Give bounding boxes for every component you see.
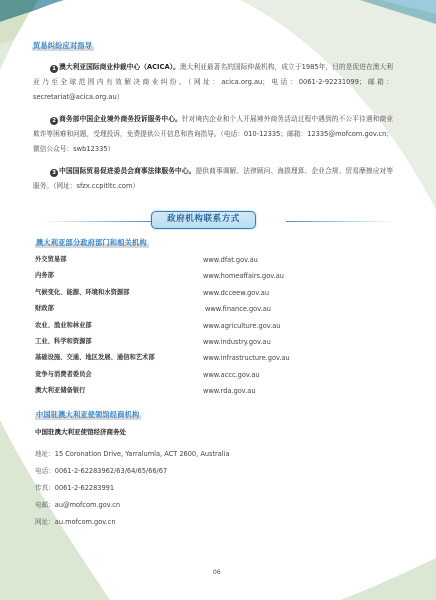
table-row: 工业、科学和资源部 www.industry.gov.au [35,336,395,352]
number-badge-icon: 2 [50,117,58,125]
document-page: 贸易纠纷应对指导 1澳大利亚国际商业仲裁中心（ACICA）。澳大利亚最著名的国际… [0,0,436,600]
trade-dispute-heading: 贸易纠纷应对指导 [32,41,94,51]
embassy-heading: 中国驻澳大利亚使领馆经商机构 [35,410,141,420]
agency-url[interactable]: www.dcceew.gov.au [203,287,269,299]
contact-address: 地址：15 Coronation Drive, Yarralumla, ACT … [35,448,230,458]
agency-name: 工业、科学和资源部 [35,336,92,348]
contact-label: 电话： [35,467,55,475]
agency-url[interactable]: www.rda.gov.au [203,385,256,397]
contact-label: 地址： [35,450,55,458]
item-lead: 澳大利亚国际商业仲裁中心（ACICA）。 [59,63,180,71]
item-lead: 商务部中国企业境外商务投诉服务中心。 [59,115,182,123]
trade-dispute-item-1: 1澳大利亚国际商业仲裁中心（ACICA）。澳大利亚最著名的国际仲裁机构，成立于1… [33,60,393,105]
table-row: 财政部 www.finance.gov.au [35,303,395,319]
section-title-badge: 政府机构联系方式 [151,211,256,229]
au-gov-heading: 澳大利亚部分政府部门和相关机构 [35,238,149,248]
table-row: 基础设施、交通、地区发展、通信和艺术部 www.infrastructure.g… [35,352,395,368]
agency-name: 气候变化、能源、环境和水资源部 [35,287,129,299]
contact-website: 网址：au.mofcom.gov.cn [35,516,116,526]
trade-dispute-item-3: 3中国国际贸易促进委员会商事法律服务中心。提供商事调解、法律顾问、海损理算、企业… [33,164,393,194]
number-badge-icon: 3 [50,169,58,177]
contact-label: 电邮： [35,501,55,509]
contact-fax: 传真：0061-2-62283991 [35,482,114,492]
contact-label: 网址： [35,518,55,526]
agency-url[interactable]: www.accc.gov.au [203,369,260,381]
table-row: 竞争与消费者委员会 www.accc.gov.au [35,369,395,385]
trade-dispute-item-2: 2商务部中国企业境外商务投诉服务中心。针对境内企业和个人开展境外商务活动过程中遇… [33,112,393,157]
agency-url[interactable]: www.homeaffairs.gov.au [203,270,284,282]
divider-line-left [40,221,152,222]
table-row: 内务部 www.homeaffairs.gov.au [35,270,395,286]
page-number: 06 [213,569,221,576]
agency-name: 财政部 [35,303,54,315]
item-lead: 中国国际贸易促进委员会商事法律服务中心。 [59,167,195,175]
contact-value: 0061-2-62283991 [55,484,114,492]
agency-name: 竞争与消费者委员会 [35,369,92,381]
contact-value[interactable]: au@mofcom.gov.cn [55,501,120,509]
contact-value[interactable]: au.mofcom.gov.cn [55,518,116,526]
agency-url[interactable]: www.finance.gov.au [205,303,271,315]
agency-url[interactable]: www.dfat.gov.au [203,254,258,266]
agency-name: 基础设施、交通、地区发展、通信和艺术部 [35,352,155,364]
agency-url[interactable]: www.agriculture.gov.au [203,320,280,332]
divider-line-right [286,221,396,222]
agency-url[interactable]: www.industry.gov.au [203,336,271,348]
agency-name: 内务部 [35,270,54,282]
contact-label: 传真： [35,484,55,492]
contact-phone: 电话：0061-2-62283962/63/64/65/66/67 [35,465,167,475]
au-gov-table: 外交贸易部 www.dfat.gov.au 内务部 www.homeaffair… [35,254,395,402]
agency-name: 农业、渔业和林业部 [35,320,92,332]
agency-name: 澳大利亚储备银行 [35,385,85,397]
embassy-office-title: 中国驻澳大利亚使馆经济商务处 [35,427,126,436]
table-row: 澳大利亚储备银行 www.rda.gov.au [35,385,395,401]
contact-email: 电邮：au@mofcom.gov.cn [35,499,120,509]
table-row: 外交贸易部 www.dfat.gov.au [35,254,395,270]
agency-url[interactable]: www.infrastructure.gov.au [203,352,290,364]
contact-value: 0061-2-62283962/63/64/65/66/67 [55,467,167,475]
table-row: 农业、渔业和林业部 www.agriculture.gov.au [35,320,395,336]
table-row: 气候变化、能源、环境和水资源部 www.dcceew.gov.au [35,287,395,303]
number-badge-icon: 1 [50,65,58,73]
agency-name: 外交贸易部 [35,254,66,266]
contact-value: 15 Coronation Drive, Yarralumla, ACT 260… [55,450,230,458]
